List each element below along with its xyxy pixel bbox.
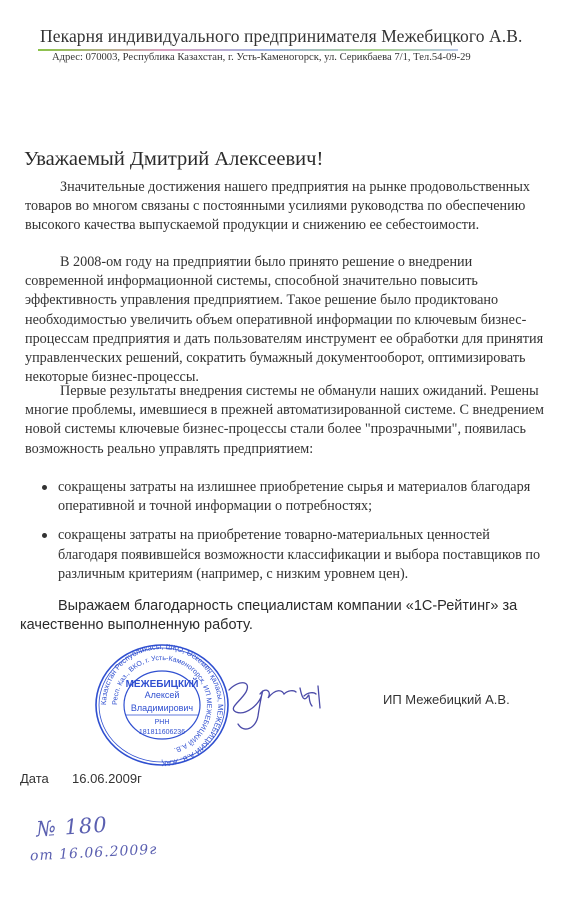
stamp-surname: МЕЖЕБИЦКИЙ bbox=[126, 677, 199, 690]
paragraph-line: необходимостью увеличить объем оперативн… bbox=[25, 311, 565, 330]
signature-icon bbox=[224, 672, 324, 742]
paragraph-line: процессам предприятия и дать пользовател… bbox=[25, 330, 565, 349]
bullet-icon bbox=[42, 485, 47, 490]
paragraph-line: высокого качества выпускаемой продукции … bbox=[25, 216, 565, 235]
paragraph-line: многие проблемы, имевшиеся в прежней авт… bbox=[25, 401, 565, 420]
stamp-rnn-label: РНН bbox=[155, 719, 170, 726]
bullet-item: сокращены затраты на излишнее приобретен… bbox=[42, 478, 572, 516]
paragraph-3: Первые результаты внедрения системы не о… bbox=[25, 382, 565, 459]
signer-name: ИП Межебицкий А.В. bbox=[383, 692, 510, 707]
salutation: Уважаемый Дмитрий Алексеевич! bbox=[24, 148, 323, 171]
paragraph-line: современной информационной системы, спос… bbox=[25, 272, 565, 291]
date-value: 16.06.2009г bbox=[72, 771, 142, 786]
bullet-item: сокращены затраты на приобретение товарн… bbox=[42, 526, 572, 584]
letterhead-title: Пекарня индивидуального предпринимателя … bbox=[40, 26, 550, 47]
paragraph-line: управленческих решений, сократить бумажн… bbox=[25, 349, 565, 368]
paragraph-line: Значительные достижения нашего предприят… bbox=[25, 178, 565, 197]
paragraph-line: товаров во многом связаны с постоянными … bbox=[25, 197, 565, 216]
thanks-paragraph: Выражаем благодарность специалистам комп… bbox=[20, 597, 517, 635]
bullet-list: сокращены затраты на излишнее приобретен… bbox=[42, 478, 572, 592]
paragraph-line: эффективность управления предприятием. Т… bbox=[25, 291, 565, 310]
paragraph-line: Первые результаты внедрения системы не о… bbox=[25, 382, 565, 401]
date-label: Дата bbox=[20, 771, 49, 786]
official-stamp-icon: Казахстан Республикасы, ШҚО, Өскемен қал… bbox=[88, 643, 236, 767]
letterhead-divider bbox=[38, 49, 458, 51]
handwritten-date: от 16.06.2009г bbox=[30, 842, 158, 865]
handwritten-number: № 180 bbox=[35, 813, 108, 842]
paragraph-line: возможность реально управлять предприяти… bbox=[25, 440, 565, 459]
paragraph-1: Значительные достижения нашего предприят… bbox=[25, 178, 565, 236]
paragraph-line: новой системы ключевые бизнес-процессы с… bbox=[25, 420, 565, 439]
paragraph-2: В 2008-ом году на предприятии было приня… bbox=[25, 253, 565, 387]
letterhead-address: Адрес: 070003, Республика Казахстан, г. … bbox=[52, 52, 471, 63]
stamp-first-name: Алексей bbox=[145, 690, 180, 700]
stamp-patronymic: Владимирович bbox=[131, 703, 194, 713]
paragraph-line: В 2008-ом году на предприятии было приня… bbox=[25, 253, 565, 272]
bullet-icon bbox=[42, 533, 47, 538]
stamp-rnn-value: 181811606236 bbox=[139, 729, 185, 736]
